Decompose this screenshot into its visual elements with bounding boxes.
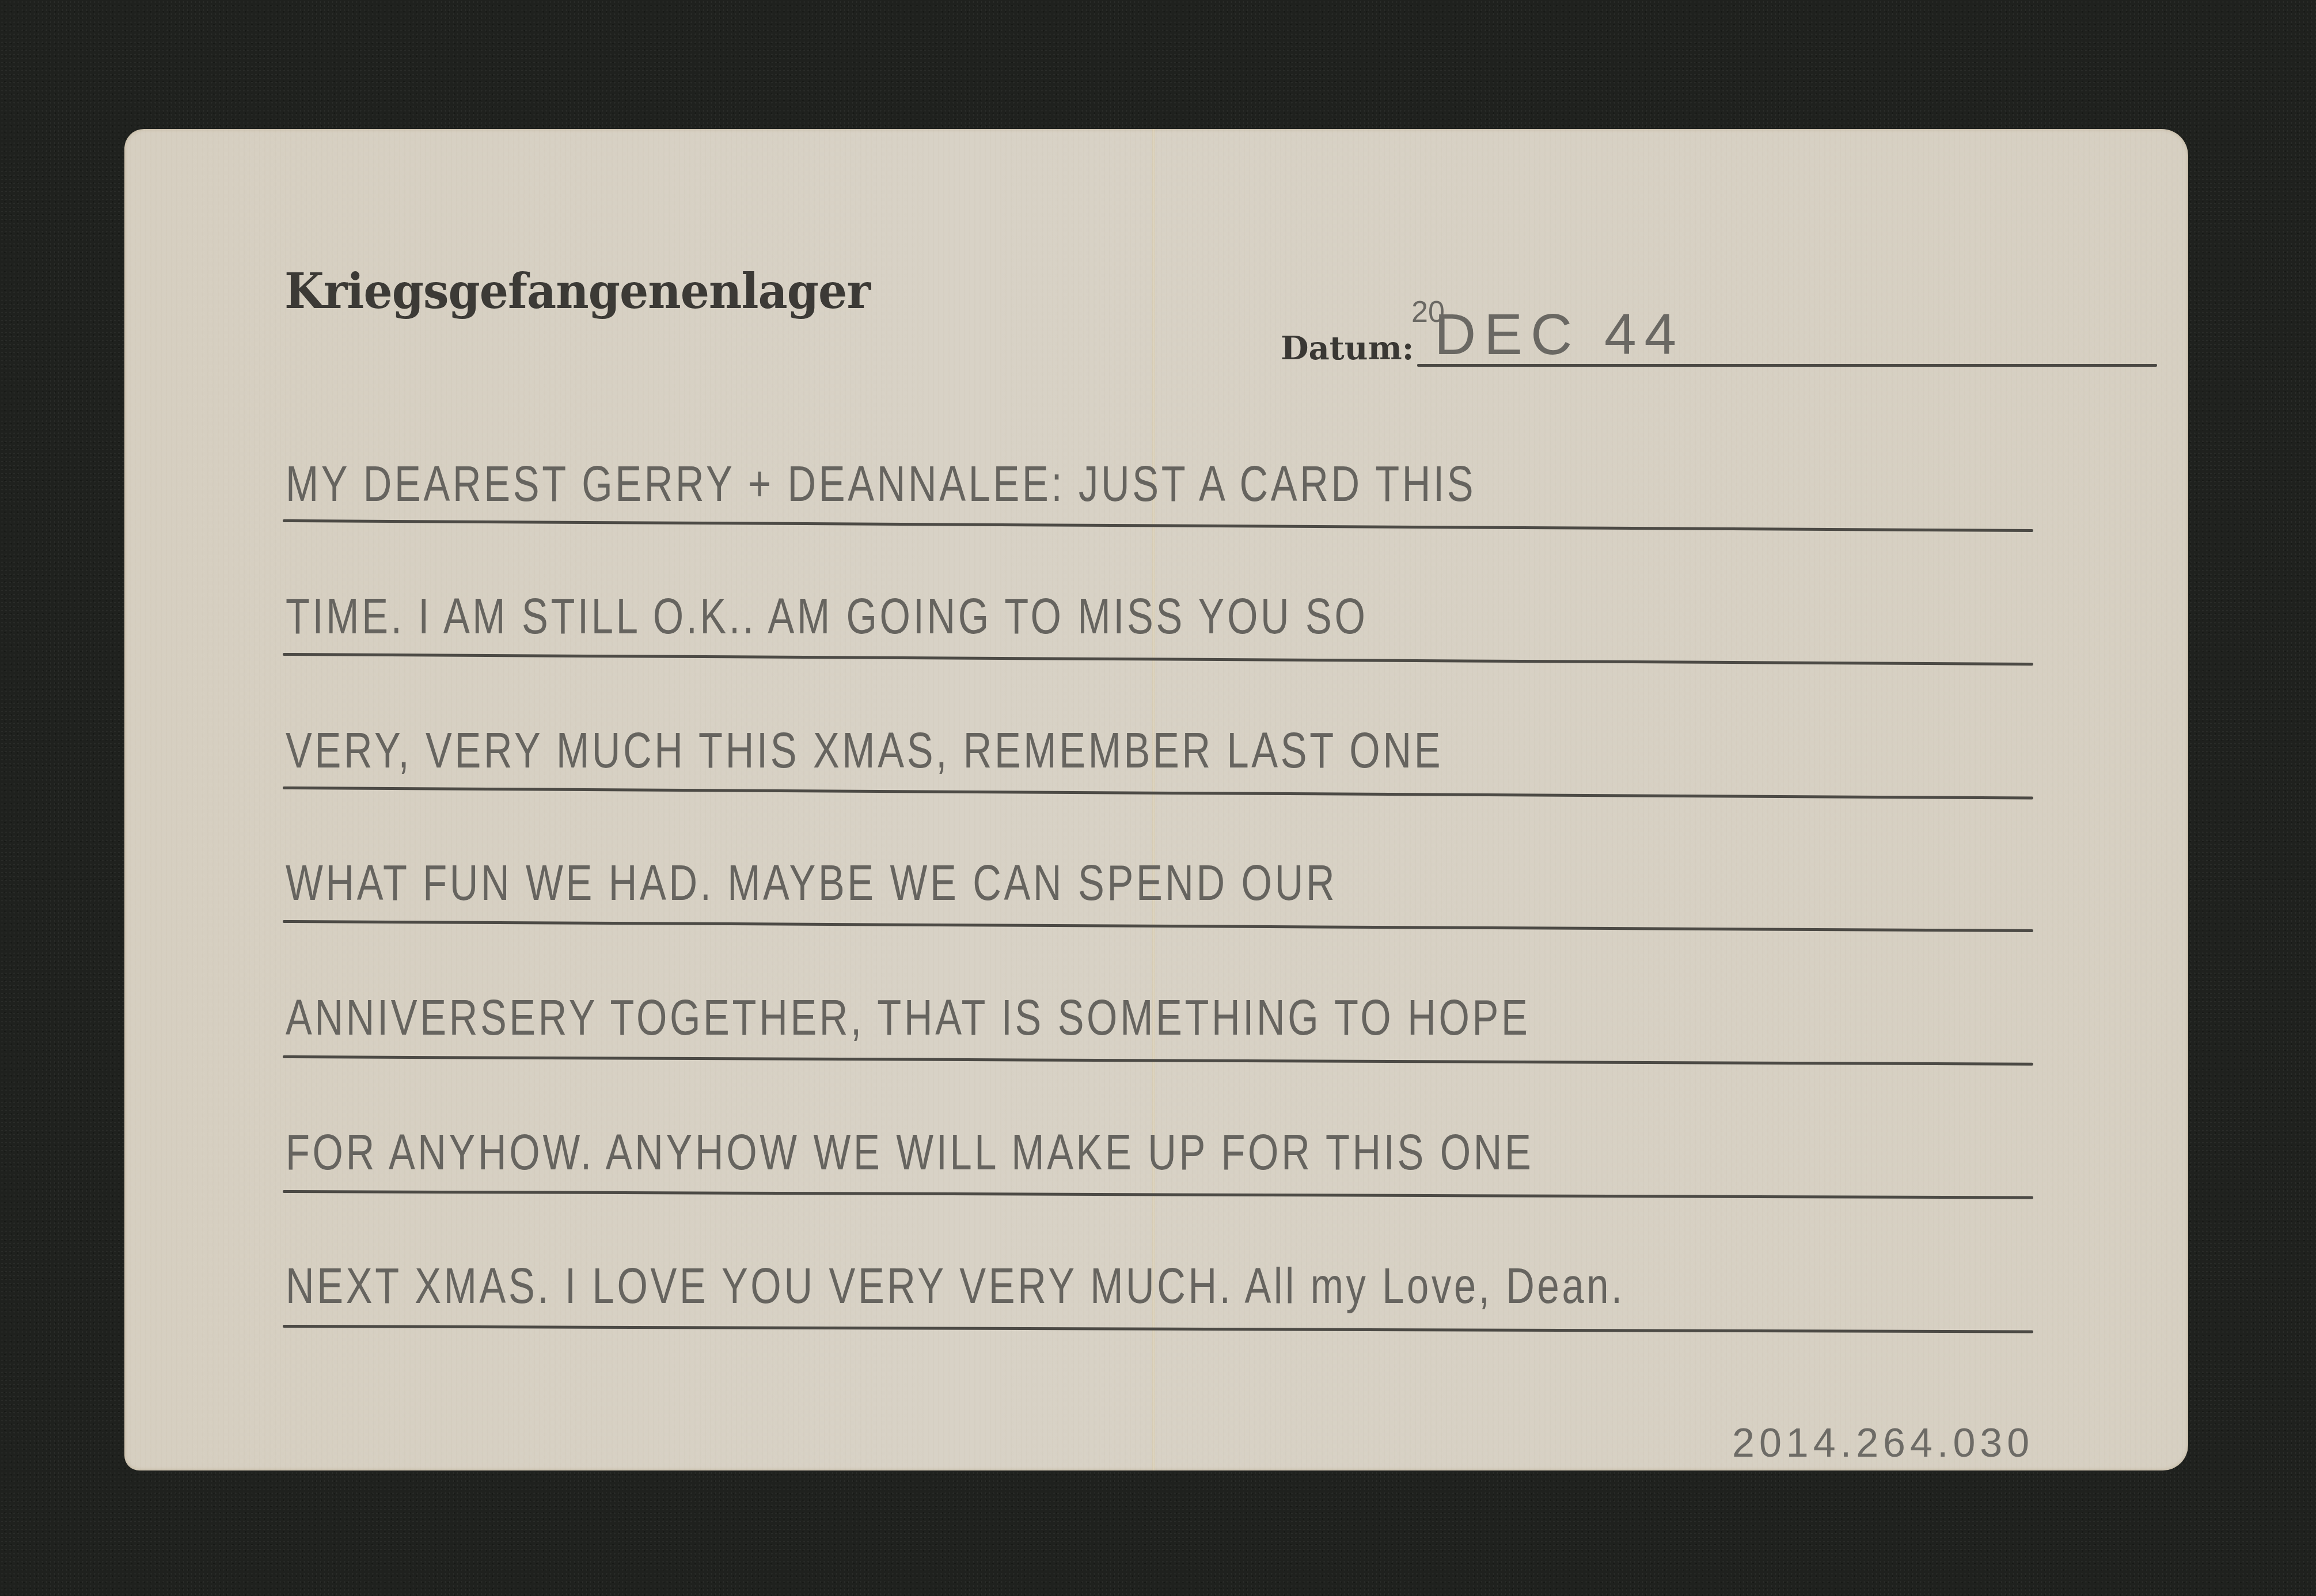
date-value: DEC 44 — [1434, 302, 1684, 368]
message-line-7: NEXT XMAS. I LOVE YOU VERY VERY MUCH. Al… — [286, 1256, 1651, 1315]
date-rule-line — [1417, 364, 2157, 367]
rule-line-4 — [283, 920, 2033, 932]
message-line-4: WHAT FUN WE HAD. MAYBE WE CAN SPEND OUR — [286, 853, 1651, 912]
accession-number: 2014.264.030 — [1732, 1420, 2034, 1466]
message-line-6: FOR ANYHOW. ANYHOW WE WILL MAKE UP FOR T… — [286, 1123, 1651, 1181]
rule-line-3 — [283, 786, 2033, 800]
postcard: Kriegsgefangenenlager Datum: 20 DEC 44 M… — [124, 129, 2188, 1470]
rule-line-1 — [283, 519, 2033, 532]
date-label: Datum: — [1281, 329, 1414, 367]
rule-line-2 — [283, 653, 2033, 666]
rule-line-7 — [283, 1325, 2033, 1333]
message-line-3: VERY, VERY MUCH THIS XMAS, REMEMBER LAST… — [286, 721, 1651, 780]
printed-heading: Kriegsgefangenenlager — [284, 263, 870, 320]
message-line-1: MY DEAREST GERRY + DEANNALEE: JUST A CAR… — [286, 454, 1651, 513]
message-line-2: TIME. I AM STILL O.K.. AM GOING TO MISS … — [286, 587, 1651, 645]
message-line-5: ANNIVERSERY TOGETHER, THAT IS SOMETHING … — [286, 988, 1651, 1047]
rule-line-6 — [283, 1190, 2033, 1199]
rule-line-5 — [283, 1055, 2033, 1066]
